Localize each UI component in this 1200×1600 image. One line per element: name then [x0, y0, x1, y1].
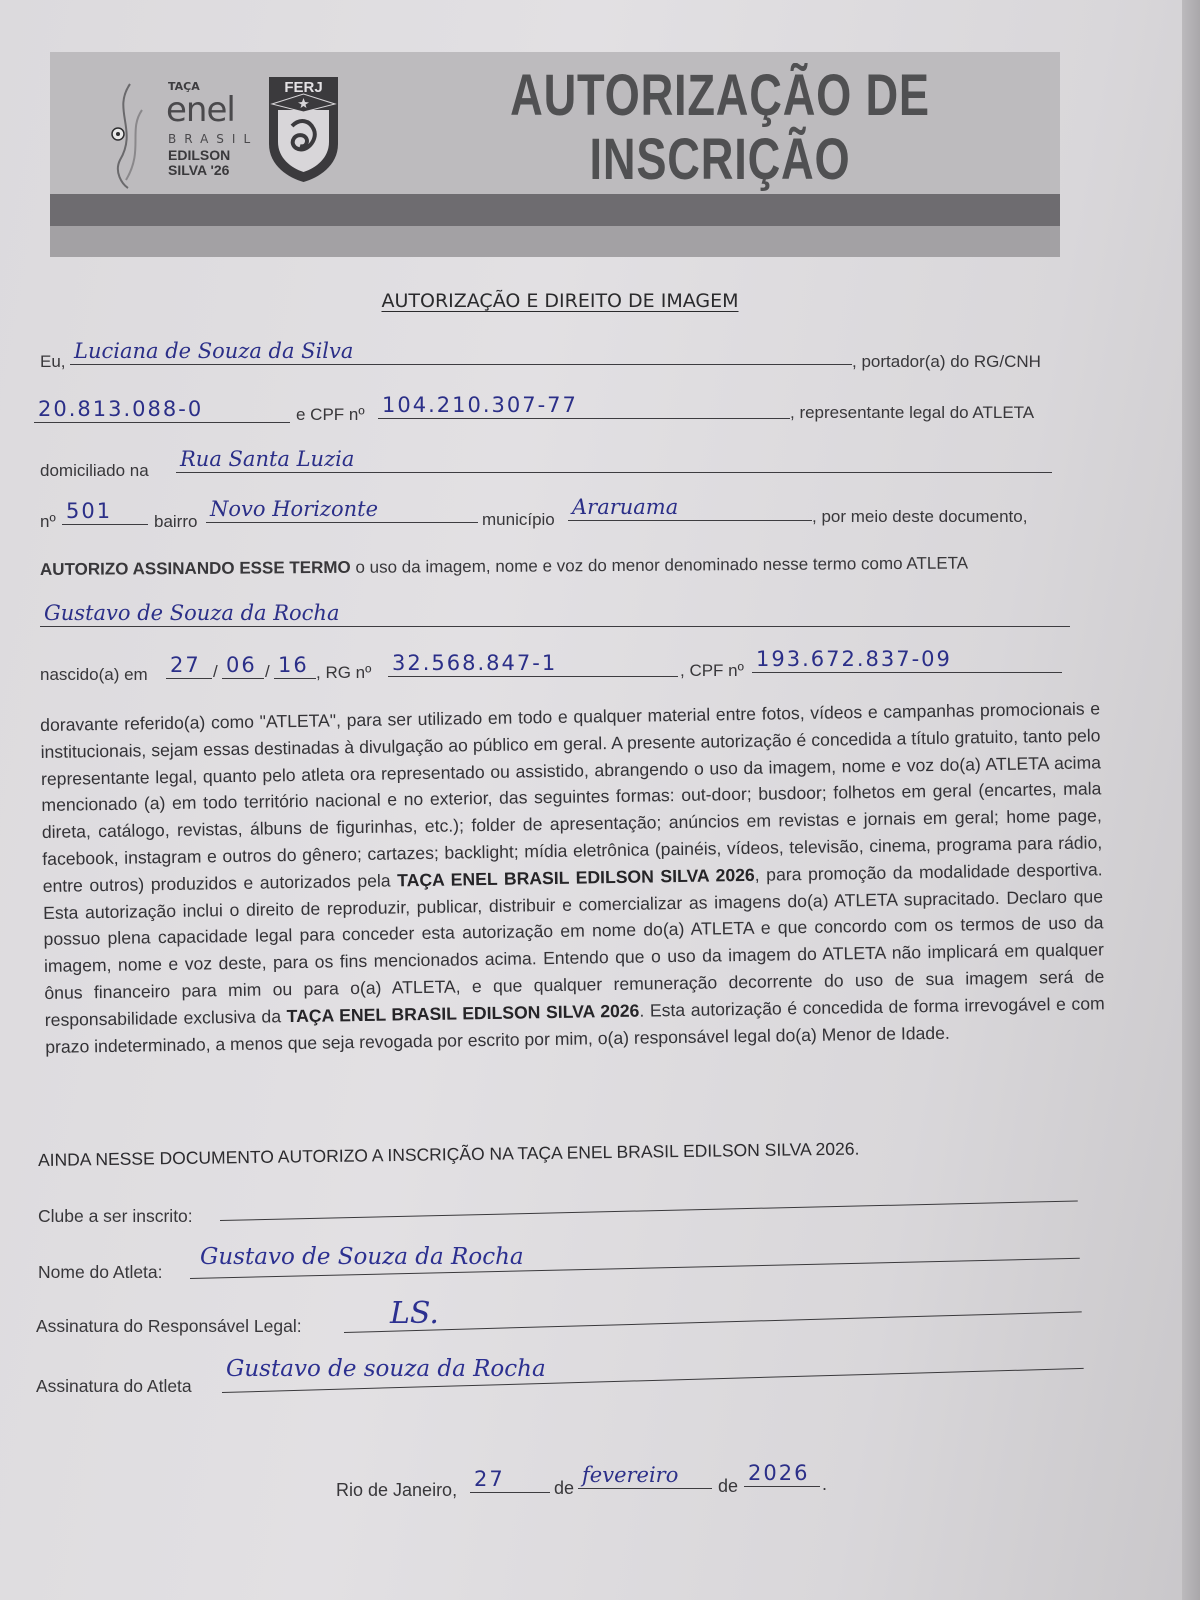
cidade-label: Rio de Janeiro, — [336, 1480, 457, 1501]
nasc-mes-field[interactable]: 06 — [222, 652, 264, 679]
date-slash: / — [213, 662, 218, 682]
svg-text:FERJ: FERJ — [284, 79, 322, 96]
cpf2-label: , CPF nº — [680, 661, 744, 681]
assinatura-responsavel-signature[interactable]: LS. — [390, 1296, 439, 1331]
bairro-field[interactable]: Novo Horizonte — [206, 496, 478, 523]
por-meio-label: , por meio deste documento, — [812, 507, 1027, 527]
nasc-ano-field[interactable]: 16 — [274, 652, 316, 679]
date-slash: / — [265, 662, 270, 682]
header-banner: TAÇA enel BRASIL EDILSON SILVA '26 FERJ … — [50, 52, 1060, 257]
responsavel-rg-field[interactable]: 20.813.088-0 — [34, 396, 290, 423]
brasil-text: BRASIL — [168, 132, 258, 146]
assinatura-responsavel-label: Assinatura do Responsável Legal: — [36, 1316, 302, 1337]
endereco-field[interactable]: Rua Santa Luzia — [176, 446, 1052, 473]
eu-label: Eu, — [40, 352, 66, 372]
de2-label: de — [718, 1476, 738, 1497]
section-title: AUTORIZAÇÃO E DIREITO DE IMAGEM — [0, 290, 1120, 312]
nasc-dia-field[interactable]: 27 — [166, 652, 212, 679]
banner-strip — [50, 194, 1060, 226]
municipio-field[interactable]: Araruama — [568, 494, 812, 521]
clube-field-line[interactable] — [220, 1201, 1078, 1222]
inscricao-heading: AINDA NESSE DOCUMENTO AUTORIZO A INSCRIÇ… — [38, 1139, 860, 1171]
page-edge-shadow — [1182, 0, 1200, 1600]
nome-atleta-field[interactable]: Gustavo de Souza da Rocha — [200, 1244, 524, 1270]
domiciliado-label: domiciliado na — [40, 461, 149, 481]
edilson-silva-text: EDILSON SILVA '26 — [168, 148, 230, 178]
assinatura-responsavel-line[interactable] — [344, 1311, 1082, 1333]
atleta-cpf-field[interactable]: 193.672.837-09 — [752, 646, 1062, 673]
bairro-label: bairro — [154, 512, 197, 532]
assinatura-atleta-label: Assinatura do Atleta — [36, 1376, 192, 1397]
municipio-label: município — [482, 510, 555, 530]
enel-text: enel — [166, 90, 235, 130]
footer-period: . — [822, 1474, 827, 1495]
swirl-ball-icon — [108, 80, 148, 190]
cpf-label: e CPF nº — [296, 405, 365, 425]
nascido-label: nascido(a) em — [40, 665, 148, 685]
clube-label: Clube a ser inscrito: — [38, 1206, 193, 1227]
representante-label: , representante legal do ATLETA — [790, 403, 1034, 423]
portador-label: , portador(a) do RG/CNH — [852, 352, 1041, 372]
assinatura-atleta-signature[interactable]: Gustavo de souza da Rocha — [226, 1356, 546, 1382]
responsavel-cpf-field[interactable]: 104.210.307-77 — [378, 392, 790, 419]
footer-ano-field[interactable]: 2026 — [744, 1460, 820, 1487]
ferj-shield-icon: FERJ — [266, 74, 341, 184]
numero-field[interactable]: 501 — [62, 498, 148, 525]
footer-dia-field[interactable]: 27 — [470, 1466, 550, 1493]
taca-enel-logo: TAÇA enel BRASIL EDILSON SILVA '26 — [108, 80, 248, 190]
banner-bottom-band — [50, 226, 1060, 257]
atleta-nome-field[interactable]: Gustavo de Souza da Rocha — [40, 600, 1070, 627]
nome-atleta-label: Nome do Atleta: — [38, 1262, 163, 1283]
responsavel-nome-field[interactable]: Luciana de Souza da Silva — [70, 338, 852, 365]
rg-label: , RG nº — [316, 663, 371, 683]
terms-paragraph: doravante referido(a) como "ATLETA", par… — [40, 695, 1105, 1060]
numero-label: nº — [40, 512, 56, 532]
atleta-rg-field[interactable]: 32.568.847-1 — [388, 650, 678, 677]
de1-label: de — [554, 1478, 574, 1499]
footer-mes-field[interactable]: fevereiro — [578, 1462, 712, 1489]
autorizo-statement: AUTORIZO ASSINANDO ESSE TERMO o uso da i… — [40, 554, 968, 580]
